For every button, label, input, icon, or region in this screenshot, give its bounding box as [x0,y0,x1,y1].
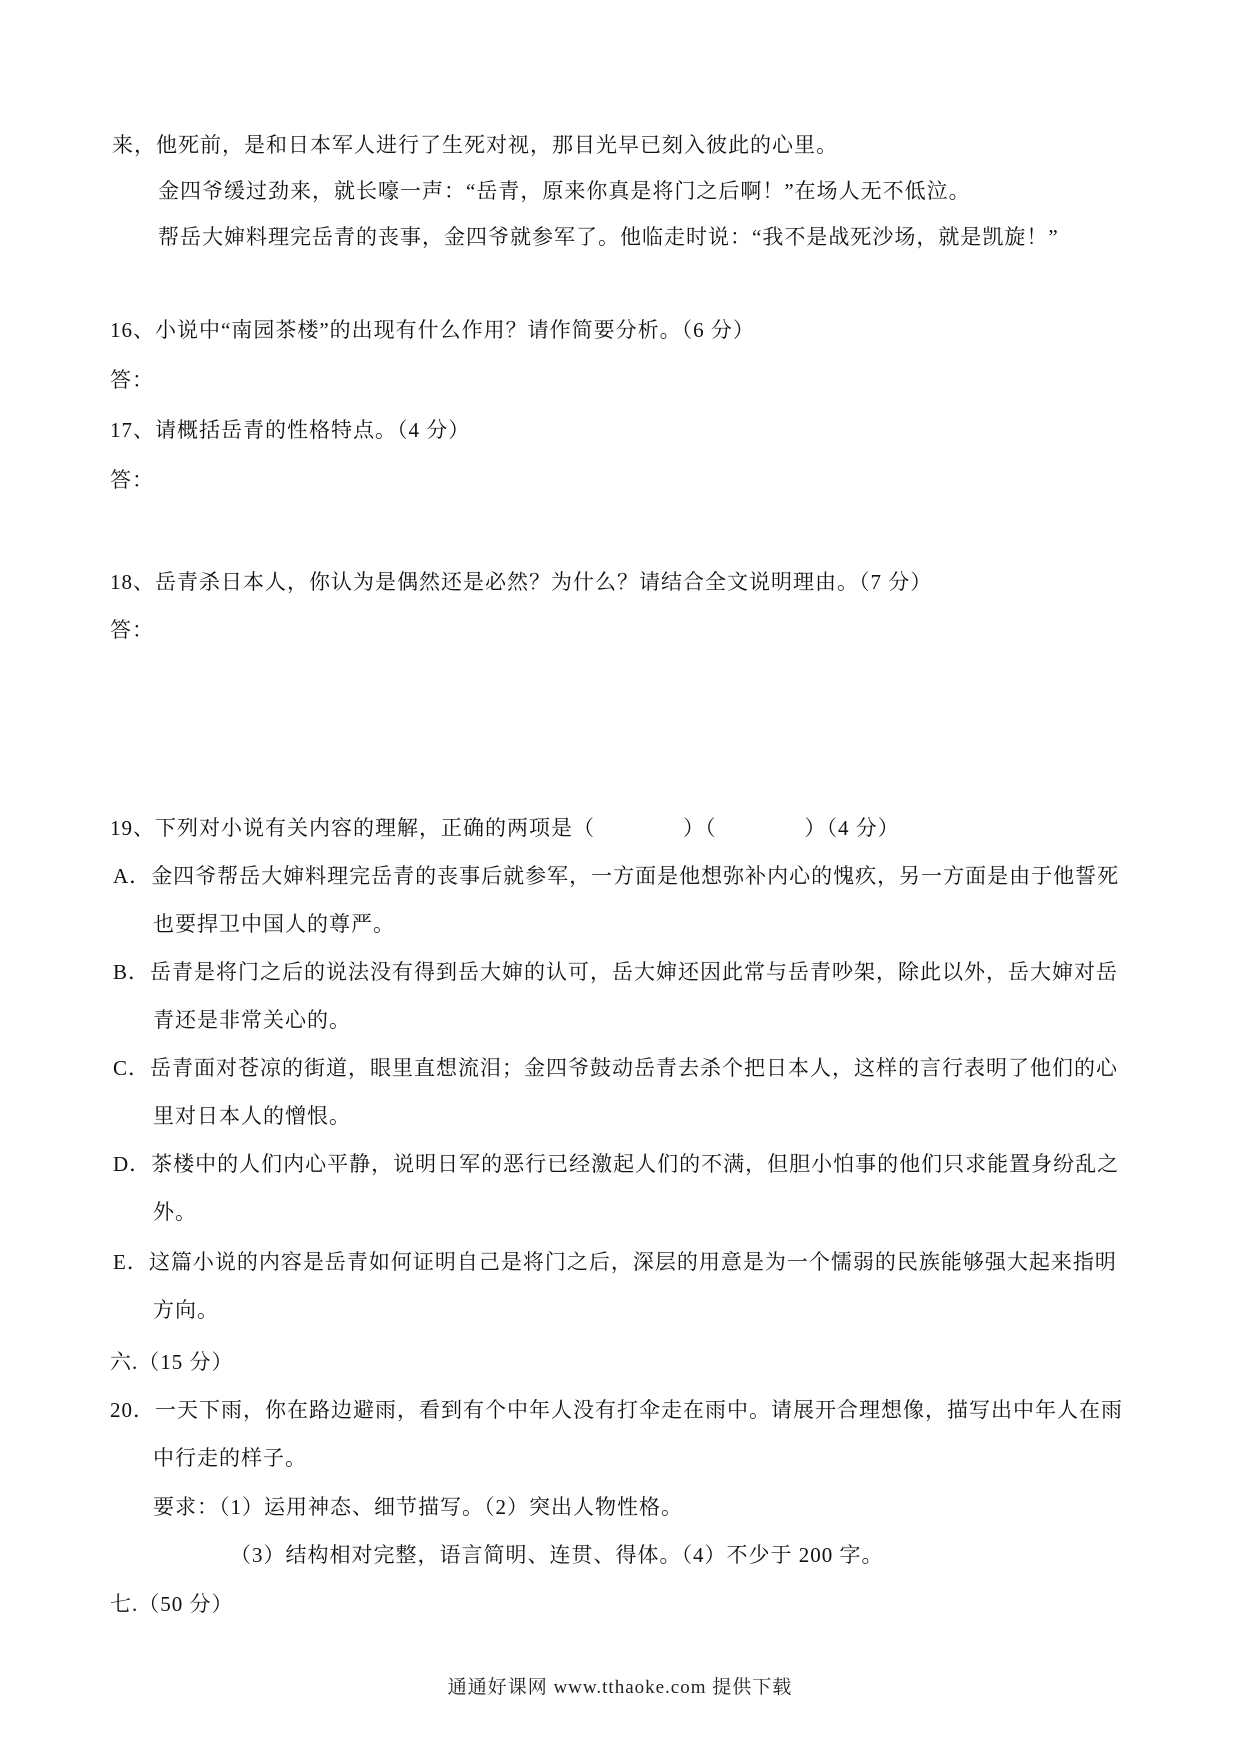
option-c-line-2: 里对日本人的憎恨。 [153,1104,351,1128]
option-e-line-1: E．这篇小说的内容是岳青如何证明自己是将门之后，深层的用意是为一个懦弱的民族能够… [113,1250,1117,1274]
question-20-line-1: 20．一天下雨，你在路边避雨，看到有个中年人没有打伞走在雨中。请展开合理想像，描… [110,1398,1123,1422]
option-c-line-1: C．岳青面对苍凉的街道，眼里直想流泪；金四爷鼓动岳青去杀个把日本人，这样的言行表… [113,1056,1118,1080]
answer-label-17: 答： [110,468,154,492]
option-a-line-1: A．金四爷帮岳大婶料理完岳青的丧事后就参军，一方面是他想弥补内心的愧疚，另一方面… [113,864,1119,888]
option-d-line-2: 外。 [153,1200,197,1224]
question-19-stem: 19、下列对小说有关内容的理解，正确的两项是（ ）（ ）（4 分） [110,816,900,840]
question-20-requirements-1: 要求：（1）运用神态、细节描写。（2）突出人物性格。 [153,1495,683,1519]
footer-credit: 通通好课网 www.tthaoke.com 提供下载 [0,1672,1240,1699]
answer-label-16: 答： [110,368,154,392]
passage-line-1: 来，他死前，是和日本军人进行了生死对视，那目光早已刻入彼此的心里。 [112,133,838,157]
question-20-line-2: 中行走的样子。 [153,1446,307,1470]
section-7-heading: 七.（50 分） [110,1592,234,1616]
option-a-line-2: 也要捍卫中国人的尊严。 [153,912,395,936]
section-6-heading: 六.（15 分） [110,1350,234,1374]
option-b-line-1: B．岳青是将门之后的说法没有得到岳大婶的认可，岳大婶还因此常与岳青吵架，除此以外… [113,960,1118,984]
question-16: 16、小说中“南园茶楼”的出现有什么作用？请作简要分析。（6 分） [110,318,755,342]
question-18: 18、岳青杀日本人，你认为是偶然还是必然？为什么？请结合全文说明理由。（7 分） [110,570,932,594]
option-b-line-2: 青还是非常关心的。 [153,1008,351,1032]
passage-line-2: 金四爷缓过劲来，就长嚎一声：“岳青，原来你真是将门之后啊！”在场人无不低泣。 [158,179,971,203]
question-20-requirements-2: （3）结构相对完整，语言简明、连贯、得体。（4）不少于 200 字。 [230,1543,884,1567]
question-17: 17、请概括岳青的性格特点。（4 分） [110,418,470,442]
passage-line-3: 帮岳大婶料理完岳青的丧事，金四爷就参军了。他临走时说：“我不是战死沙场，就是凯旋… [158,225,1059,249]
option-e-line-2: 方向。 [153,1298,219,1322]
exam-paper-page: 来，他死前，是和日本军人进行了生死对视，那目光早已刻入彼此的心里。 金四爷缓过劲… [0,0,1240,1754]
option-d-line-1: D．茶楼中的人们内心平静，说明日军的恶行已经激起人们的不满，但胆小怕事的他们只求… [113,1152,1119,1176]
answer-label-18: 答： [110,618,154,642]
